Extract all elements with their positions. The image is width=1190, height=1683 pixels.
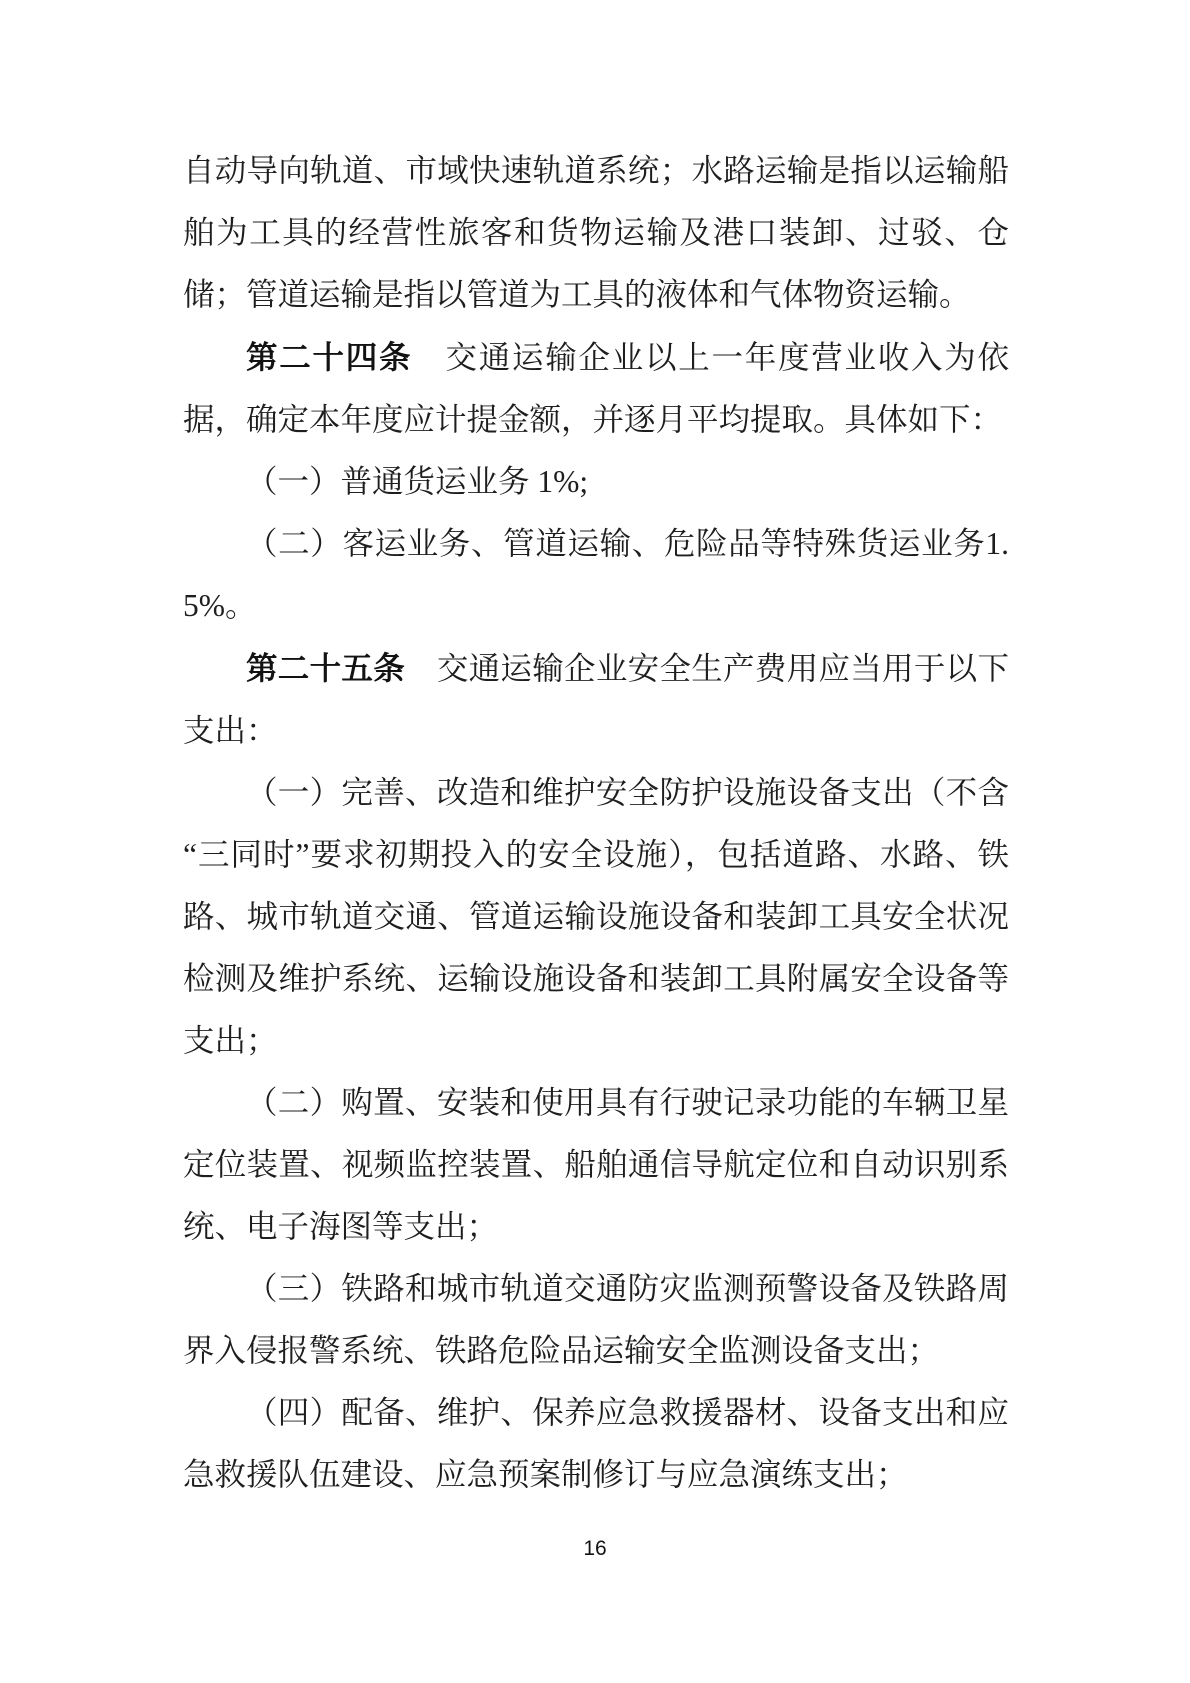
paragraph-text: （一）完善、改造和维护安全防护设施设备支出（不含“三同时”要求初期投入的安全设施… xyxy=(183,775,1009,1058)
paragraph-text: 自动导向轨道、市域快速轨道系统；水路运输是指以运输船舶为工具的经营性旅客和货物运… xyxy=(183,153,1009,312)
paragraph-item-emergency-rescue: （四）配备、维护、保养应急救援器材、设备支出和应急救援队伍建设、应急预案制修订与… xyxy=(183,1382,1009,1506)
paragraph-text: （三）铁路和城市轨道交通防灾监测预警设备及铁路周界入侵报警系统、铁路危险品运输安… xyxy=(183,1271,1009,1368)
paragraph-text: （四）配备、维护、保养应急救援器材、设备支出和应急救援队伍建设、应急预案制修订与… xyxy=(183,1395,1009,1492)
paragraph-item-vehicle-monitoring: （二）购置、安装和使用具有行驶记录功能的车辆卫星定位装置、视频监控装置、船舶通信… xyxy=(183,1072,1009,1258)
paragraph-article-25: 第二十五条 交通运输企业安全生产费用应当用于以下支出： xyxy=(183,637,1009,762)
article-25-lead: 第二十五条 xyxy=(246,650,405,686)
paragraph-item-ordinary-freight: （一）普通货运业务 1%; xyxy=(183,451,1009,513)
paragraph-item-safety-facilities: （一）完善、改造和维护安全防护设施设备支出（不含“三同时”要求初期投入的安全设施… xyxy=(183,762,1009,1072)
paragraph-text: （二）购置、安装和使用具有行驶记录功能的车辆卫星定位装置、视频监控装置、船舶通信… xyxy=(183,1085,1009,1244)
paragraph-item-special-freight: （二）客运业务、管道运输、危险品等特殊货运业务1. 5%。 xyxy=(183,513,1009,637)
paragraph-text: （二）客运业务、管道运输、危险品等特殊货运业务1. 5%。 xyxy=(183,526,1009,623)
paragraph-continuation: 自动导向轨道、市域快速轨道系统；水路运输是指以运输船舶为工具的经营性旅客和货物运… xyxy=(183,140,1009,326)
paragraph-text: （一）普通货运业务 1%; xyxy=(246,464,588,499)
document-page: 自动导向轨道、市域快速轨道系统；水路运输是指以运输船舶为工具的经营性旅客和货物运… xyxy=(0,0,1190,1683)
article-24-lead: 第二十四条 xyxy=(246,339,412,375)
document-body: 自动导向轨道、市域快速轨道系统；水路运输是指以运输船舶为工具的经营性旅客和货物运… xyxy=(183,140,1009,1506)
paragraph-article-24: 第二十四条 交通运输企业以上一年度营业收入为依据，确定本年度应计提金额，并逐月平… xyxy=(183,326,1009,451)
paragraph-item-rail-warning: （三）铁路和城市轨道交通防灾监测预警设备及铁路周界入侵报警系统、铁路危险品运输安… xyxy=(183,1258,1009,1382)
page-number: 16 xyxy=(0,1536,1190,1562)
